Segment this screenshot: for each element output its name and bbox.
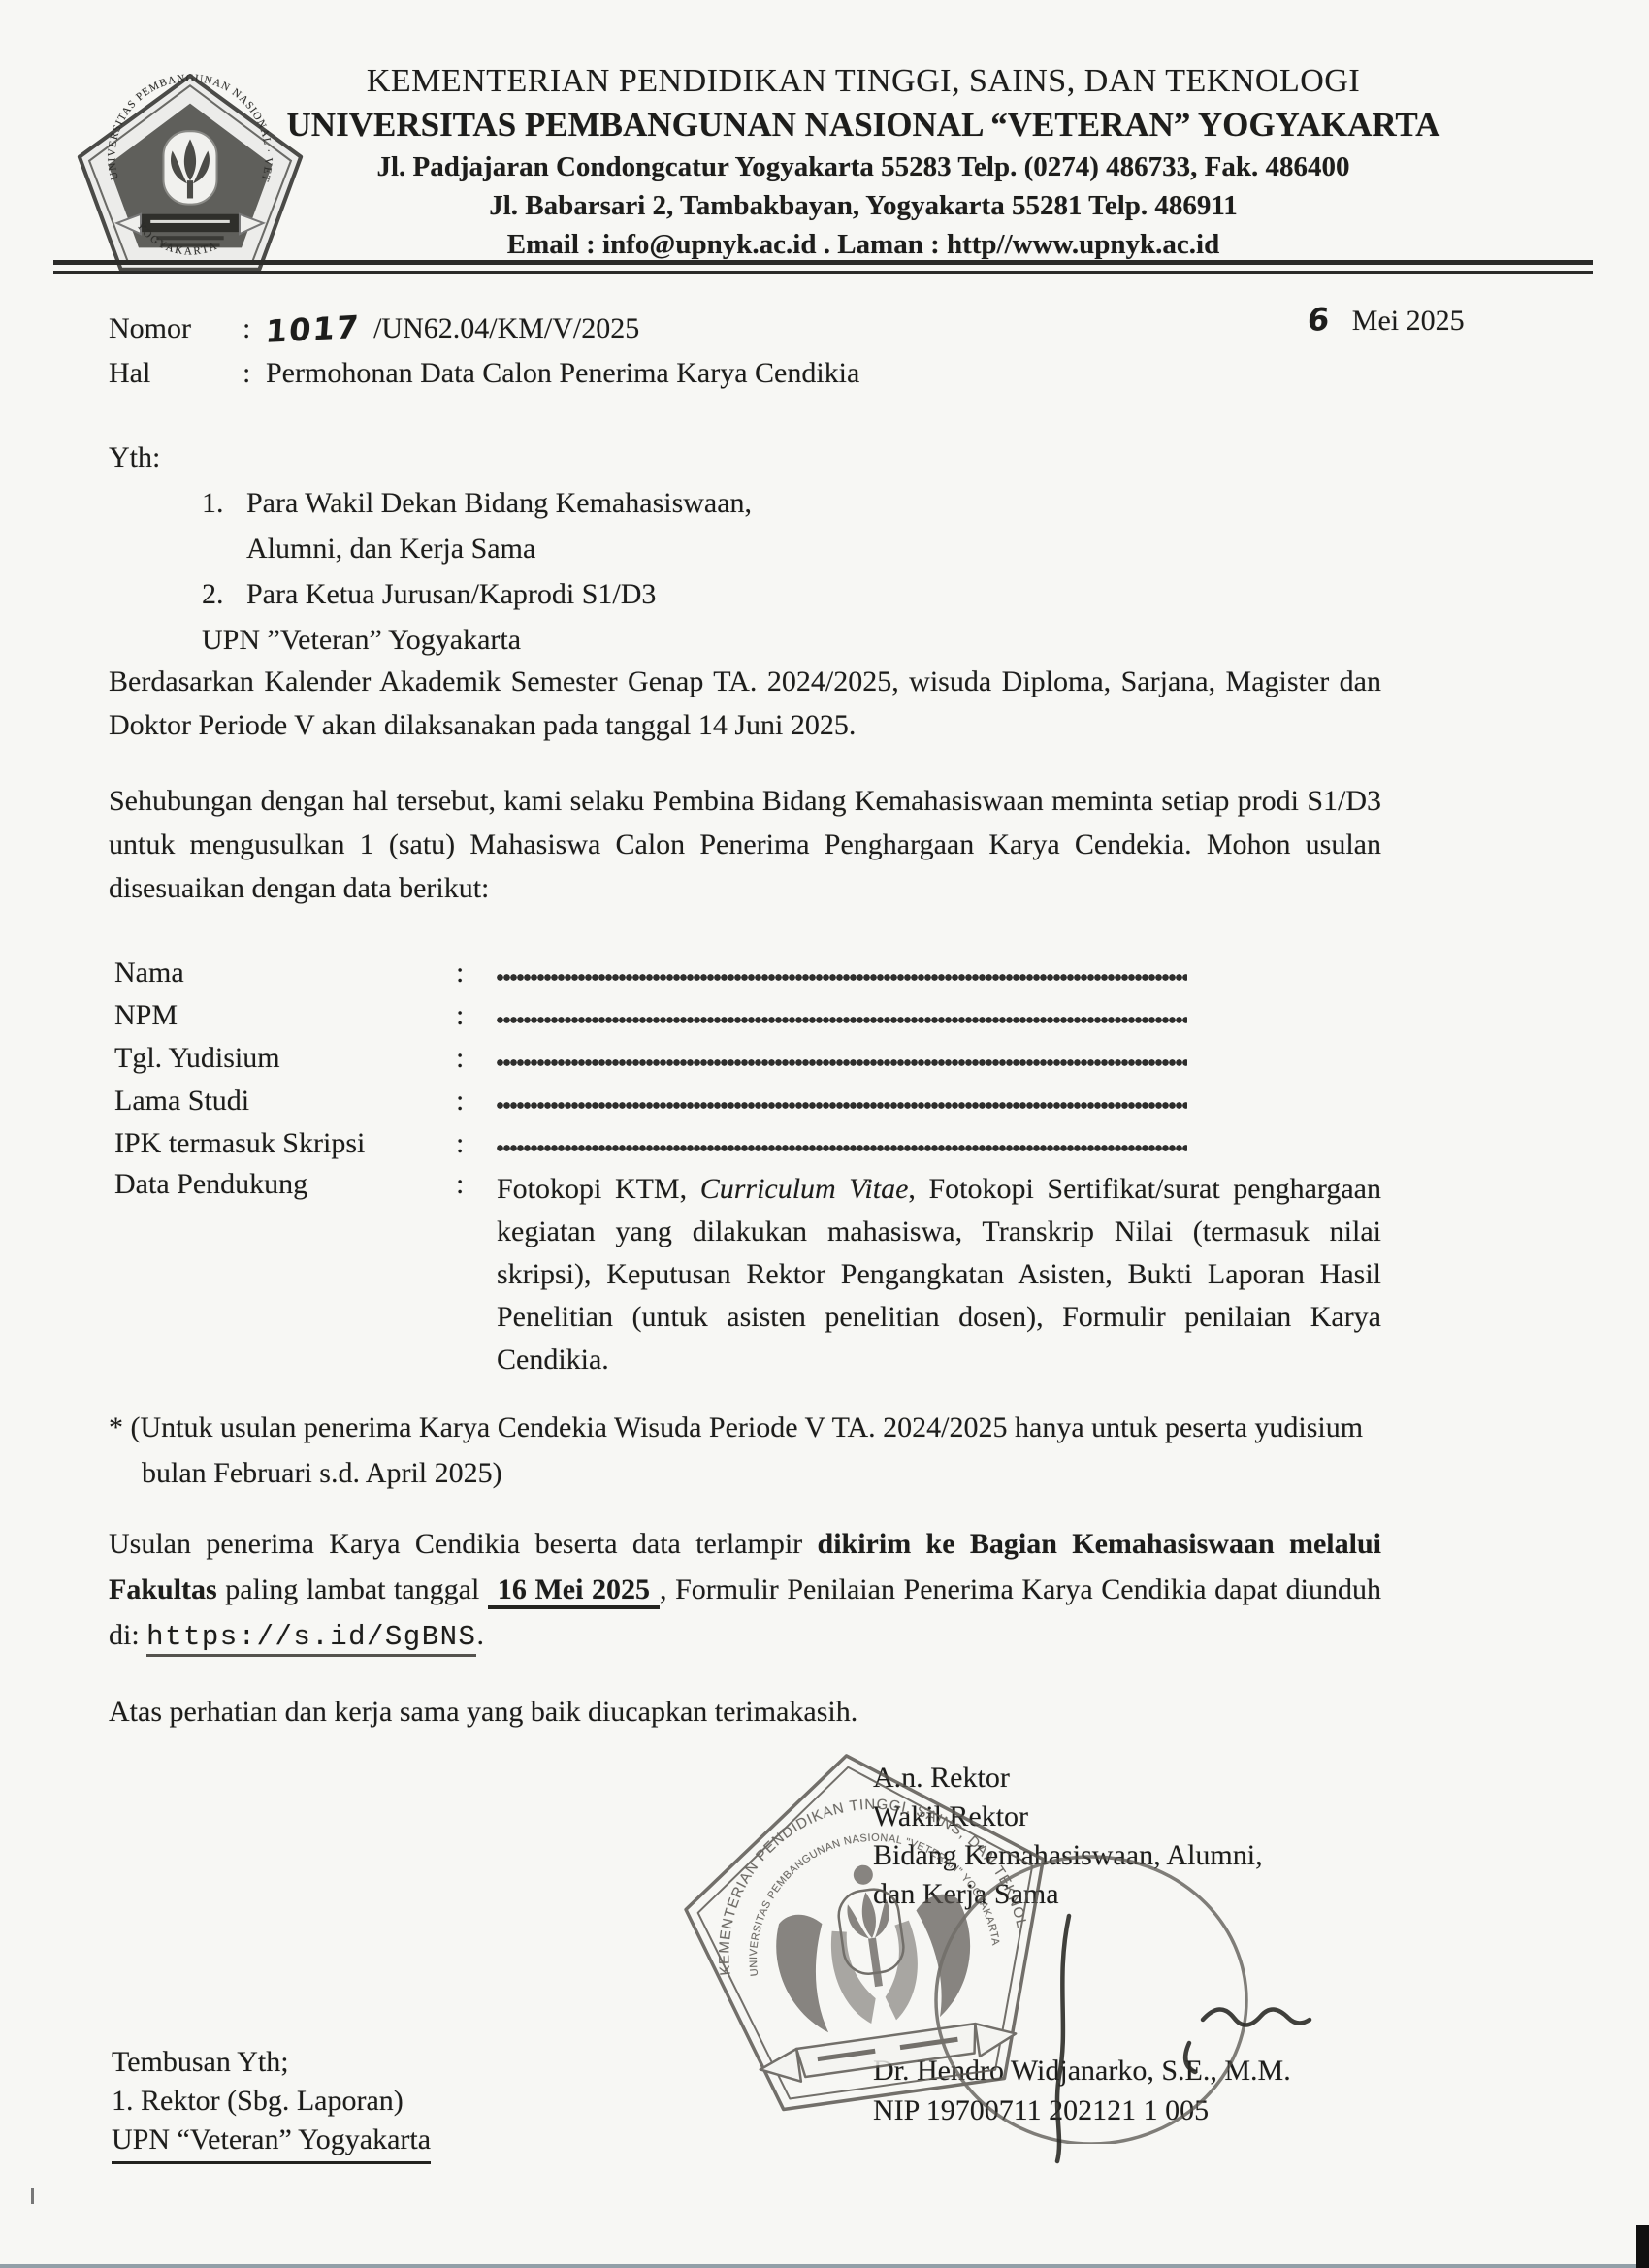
field-colon: : bbox=[456, 999, 497, 1032]
paragraph-2: Sehubungan dengan hal tersebut, kami sel… bbox=[109, 779, 1381, 910]
dotted-fill-line bbox=[497, 1059, 1187, 1066]
footnote-text: (Untuk usulan penerima Karya Cendekia Wi… bbox=[131, 1411, 1364, 1489]
address-line-1: Jl. Padjajaran Condongcatur Yogyakarta 5… bbox=[145, 147, 1581, 186]
letter-meta: Nomor : 1017 /UN62.04/KM/V/2025 Hal : Pe… bbox=[109, 307, 1311, 396]
date-handwritten-day: 6 bbox=[1307, 300, 1346, 339]
official-stamp: KEMENTERIAN PENDIDIKAN TINGGI, SAINS, DA… bbox=[635, 1746, 1266, 2144]
dp-text-1: Fotokopi KTM, bbox=[497, 1173, 700, 1205]
field-label-npm: NPM bbox=[114, 999, 456, 1032]
recipient-2-text: Para Ketua Jurusan/Kaprodi S1/D3 bbox=[246, 571, 656, 617]
recipient-item-1: 1. Para Wakil Dekan Bidang Kemahasiswaan… bbox=[202, 480, 752, 526]
ministry-name: KEMENTERIAN PENDIDIKAN TINGGI, SAINS, DA… bbox=[145, 60, 1581, 103]
date-month-year: Mei 2025 bbox=[1352, 305, 1465, 337]
hal-label: Hal bbox=[109, 351, 242, 396]
scan-speck bbox=[31, 2188, 34, 2204]
field-row-lama-studi: Lama Studi : bbox=[114, 1075, 1387, 1118]
deadline-date: 16 Mei 2025 bbox=[488, 1573, 660, 1609]
field-label-ipk: IPK termasuk Skripsi bbox=[114, 1127, 456, 1160]
nomor-label: Nomor bbox=[109, 307, 242, 351]
candidate-data-form: Nama : NPM : Tgl. Yudisium : Lama Studi … bbox=[114, 947, 1387, 1381]
field-colon: : bbox=[456, 1042, 497, 1075]
thanks-line: Atas perhatian dan kerja sama yang baik … bbox=[109, 1696, 857, 1729]
field-label-yudisium: Tgl. Yudisium bbox=[114, 1042, 456, 1075]
field-label-nama: Nama bbox=[114, 956, 456, 989]
tembusan-title: Tembusan Yth; bbox=[112, 2043, 431, 2082]
nomor-row: Nomor : 1017 /UN62.04/KM/V/2025 bbox=[109, 307, 1311, 351]
hal-row: Hal : Permohonan Data Calon Penerima Kar… bbox=[109, 351, 1311, 396]
nomor-colon: : bbox=[242, 307, 266, 351]
recipient-2-number: 2. bbox=[202, 571, 246, 617]
recipient-1-continuation: Alumni, dan Kerja Sama bbox=[246, 526, 752, 571]
field-row-yudisium: Tgl. Yudisium : bbox=[114, 1032, 1387, 1075]
paragraph-1: Berdasarkan Kalender Akademik Semester G… bbox=[109, 660, 1381, 747]
nomor-handwritten-number: 1017 bbox=[264, 304, 375, 354]
cp-text-4: . bbox=[476, 1619, 484, 1651]
stamp-circle bbox=[936, 1857, 1246, 2144]
dotted-fill-line bbox=[497, 1102, 1187, 1109]
hal-colon: : bbox=[242, 351, 266, 396]
dp-text-italic: Curriculum Vitae bbox=[700, 1173, 909, 1205]
stamp-banner bbox=[796, 2024, 979, 2078]
data-pendukung-value: Fotokopi KTM, Curriculum Vitae, Fotokopi… bbox=[497, 1168, 1381, 1381]
hal-value: Permohonan Data Calon Penerima Karya Cen… bbox=[266, 351, 859, 396]
field-row-npm: NPM : bbox=[114, 989, 1387, 1032]
recipient-1-text: Para Wakil Dekan Bidang Kemahasiswaan, bbox=[246, 480, 752, 526]
scanned-letter-page: UNIVERSITAS PEMBANGUNAN NASIONAL · VETER… bbox=[0, 0, 1649, 2268]
tembusan-block: Tembusan Yth; 1. Rektor (Sbg. Laporan) U… bbox=[112, 2043, 431, 2164]
dotted-fill-line bbox=[497, 974, 1187, 981]
scan-corner-artifact bbox=[1636, 2225, 1649, 2268]
field-row-ipk: IPK termasuk Skripsi : bbox=[114, 1118, 1387, 1160]
recipient-1-number: 1. bbox=[202, 480, 246, 526]
cp-text-2: paling lambat tanggal bbox=[217, 1573, 488, 1605]
field-row-data-pendukung: Data Pendukung : Fotokopi KTM, Curriculu… bbox=[114, 1168, 1387, 1381]
field-label-data-pendukung: Data Pendukung bbox=[114, 1168, 456, 1201]
address-line-2: Jl. Babarsari 2, Tambakbayan, Yogyakarta… bbox=[145, 186, 1581, 225]
letterhead-divider bbox=[53, 260, 1593, 274]
download-url: https://s.id/SgBNS bbox=[146, 1621, 476, 1657]
contact-line: Email : info@upnyk.ac.id . Laman : http/… bbox=[145, 225, 1581, 264]
recipient-institution: UPN ”Veteran” Yogyakarta bbox=[202, 617, 752, 663]
footnote: * (Untuk usulan penerima Karya Cendekia … bbox=[109, 1405, 1383, 1496]
letterhead: KEMENTERIAN PENDIDIKAN TINGGI, SAINS, DA… bbox=[145, 60, 1581, 264]
tembusan-item-1: 1. Rektor (Sbg. Laporan) bbox=[112, 2082, 431, 2121]
letter-date: 6 Mei 2025 bbox=[1308, 301, 1465, 338]
recipient-block: Yth: 1. Para Wakil Dekan Bidang Kemahasi… bbox=[109, 435, 752, 663]
field-row-nama: Nama : bbox=[114, 947, 1387, 989]
field-colon: : bbox=[456, 956, 497, 989]
nomor-value: /UN62.04/KM/V/2025 bbox=[373, 307, 639, 351]
dotted-fill-line bbox=[497, 1017, 1187, 1023]
university-name: UNIVERSITAS PEMBANGUNAN NASIONAL “VETERA… bbox=[145, 103, 1581, 147]
recipient-item-2: 2. Para Ketua Jurusan/Kaprodi S1/D3 bbox=[202, 571, 752, 617]
field-colon: : bbox=[456, 1168, 497, 1201]
field-colon: : bbox=[456, 1085, 497, 1118]
closing-paragraph: Usulan penerima Karya Cendikia beserta d… bbox=[109, 1521, 1381, 1660]
footnote-marker: * bbox=[109, 1411, 123, 1443]
field-label-lama-studi: Lama Studi bbox=[114, 1085, 456, 1118]
field-colon: : bbox=[456, 1127, 497, 1160]
dotted-fill-line bbox=[497, 1145, 1187, 1151]
salutation: Yth: bbox=[109, 435, 752, 480]
cp-text-1: Usulan penerima Karya Cendikia beserta d… bbox=[109, 1528, 818, 1560]
tembusan-institution: UPN “Veteran” Yogyakarta bbox=[112, 2121, 431, 2164]
scan-bottom-edge bbox=[0, 2264, 1649, 2268]
